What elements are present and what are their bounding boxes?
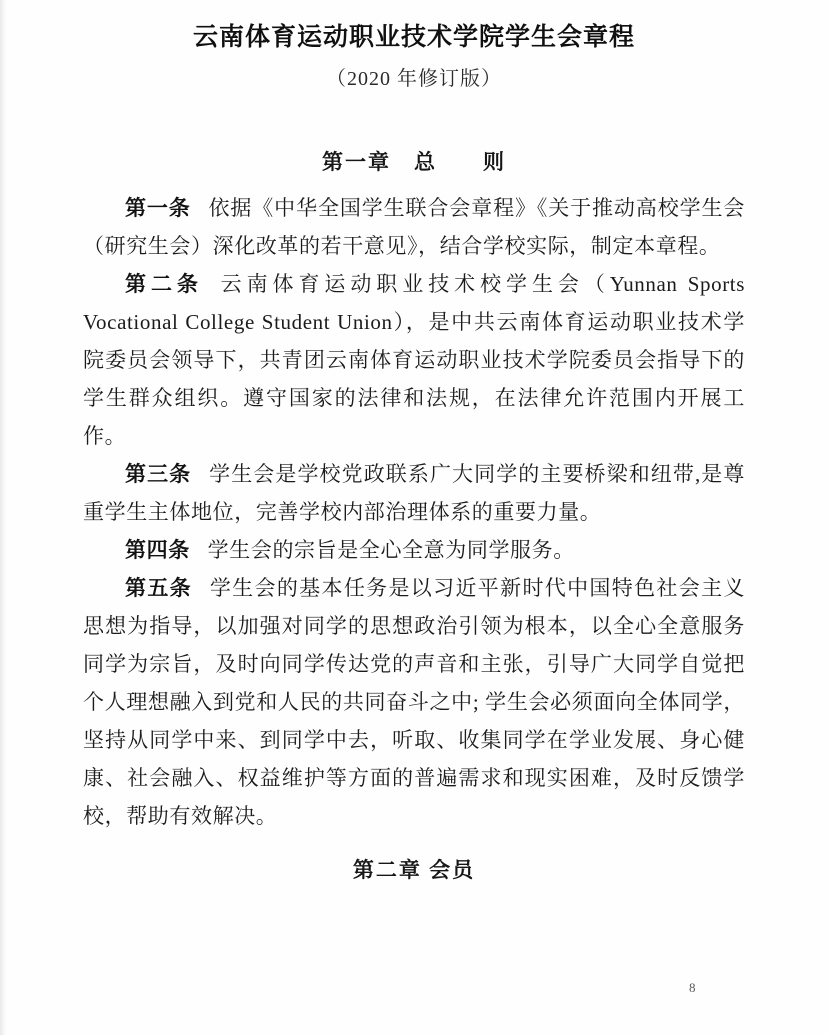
page-number: 8	[689, 980, 696, 996]
article-1-label: 第一条	[125, 196, 191, 220]
article-3-paragraph: 第三条学生会是学校党政联系广大同学的主要桥梁和纽带,是尊重学生主体地位，完善学校…	[83, 455, 745, 531]
article-5-label: 第五条	[125, 576, 192, 600]
article-2-text: 云南体育运动职业技术校学生会（Yunnan Sports Vocational …	[83, 272, 745, 448]
article-4-paragraph: 第四条学生会的宗旨是全心全意为同学服务。	[83, 531, 745, 569]
article-2-label: 第二条	[125, 272, 203, 296]
article-4-text: 学生会的宗旨是全心全意为同学服务。	[208, 538, 575, 562]
document-page: 云南体育运动职业技术学院学生会章程 （2020 年修订版） 第一章 总 则 第一…	[0, 0, 828, 1035]
scan-edge-shadow	[0, 0, 7, 1035]
document-body: 第一条依据《中华全国学生联合会章程》《关于推动高校学生会（研究生会）深化改革的若…	[83, 189, 745, 884]
article-3-label: 第三条	[125, 462, 191, 486]
article-5-paragraph: 第五条学生会的基本任务是以习近平新时代中国特色社会主义思想为指导，以加强对同学的…	[83, 569, 745, 835]
chapter-1-heading: 第一章 总 则	[0, 148, 828, 176]
article-1-paragraph: 第一条依据《中华全国学生联合会章程》《关于推动高校学生会（研究生会）深化改革的若…	[83, 189, 745, 265]
document-title: 云南体育运动职业技术学院学生会章程	[0, 0, 828, 53]
article-5-text: 学生会的基本任务是以习近平新时代中国特色社会主义思想为指导，以加强对同学的思想政…	[83, 576, 745, 828]
chapter-2-heading: 第二章 会员	[83, 856, 745, 884]
article-4-label: 第四条	[125, 538, 190, 562]
document-subtitle: （2020 年修订版）	[0, 53, 828, 91]
article-2-paragraph: 第二条云南体育运动职业技术校学生会（Yunnan Sports Vocation…	[83, 265, 745, 455]
